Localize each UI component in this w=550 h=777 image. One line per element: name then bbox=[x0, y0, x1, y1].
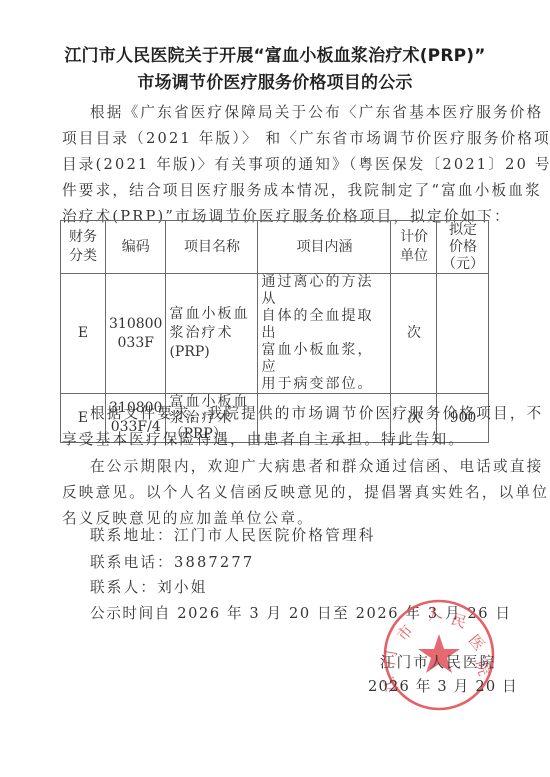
header-text: 拟定 bbox=[440, 222, 485, 239]
signature-org: 江门市人民医院 bbox=[380, 651, 496, 672]
notice-line: 在公示期限内，欢迎广大病患者和群众通过信函、电话或直接 bbox=[90, 455, 543, 476]
header-unit: 计价 单位 bbox=[391, 221, 437, 274]
intro-line: 项目目录（2021 年版）〉 和〈广东省市场调节价医疗服务价格项目 bbox=[62, 127, 550, 148]
intro-line: 根据《广东省医疗保障局关于公布〈广东省基本医疗服务价格 bbox=[90, 101, 543, 122]
signature-date: 2026 年 3 月 20 日 bbox=[368, 675, 518, 696]
cell-unit: 次 bbox=[391, 274, 437, 394]
header-text: 分类 bbox=[64, 247, 102, 266]
header-content: 项目内涵 bbox=[258, 221, 391, 274]
table-header-row: 财务 分类 编码 项目名称 项目内涵 计价 单位 拟定 价格 （元） bbox=[61, 221, 489, 274]
contact-person: 联系人：刘小姐 bbox=[90, 576, 208, 597]
cell-category: E bbox=[61, 274, 106, 394]
contact-address: 联系地址：江门市人民医院价格管理科 bbox=[90, 524, 376, 545]
header-text: 财务 bbox=[64, 228, 102, 247]
cell-content: 通过离心的方法从 自体的全血提取出 富血小板血浆，应 用于病变部位。 bbox=[258, 274, 391, 394]
svg-text:人: 人 bbox=[426, 604, 444, 624]
contact-phone: 联系电话：3887277 bbox=[90, 551, 254, 572]
intro-line: 目录(2021 年版)〉有关事项的通知》（粤医保发〔2021〕20 号）文 bbox=[62, 153, 550, 174]
intro-line: 件要求，结合项目医疗服务成本情况，我院制定了“富血小板血浆 bbox=[62, 179, 542, 200]
cell-text: 033F bbox=[109, 334, 162, 353]
table-row: E 310800 033F 富血小板血 浆治疗术 (PRP) 通过离心的方法从 … bbox=[61, 274, 489, 394]
cell-text: 310800 bbox=[109, 315, 162, 334]
cell-text: 通过离心的方法从 bbox=[261, 274, 387, 308]
title-line-1: 江门市人民医院关于开展“富血小板血浆治疗术(PRP)” bbox=[0, 41, 550, 66]
cell-text: 富血小板血 bbox=[169, 305, 254, 324]
svg-text:市: 市 bbox=[393, 621, 416, 644]
header-text: 单位 bbox=[394, 247, 433, 266]
header-category: 财务 分类 bbox=[61, 221, 106, 274]
cell-text: 自体的全血提取出 bbox=[261, 308, 387, 342]
cell-price bbox=[437, 274, 489, 394]
cell-text: 富血小板血浆，应 bbox=[261, 342, 387, 376]
header-name: 项目名称 bbox=[166, 221, 258, 274]
notice-line: 享受基本医疗保险待遇，由患者自主承担。特此告知。 bbox=[62, 428, 465, 449]
cell-name: 富血小板血 浆治疗术 (PRP) bbox=[166, 274, 258, 394]
cell-text: 浆治疗术 bbox=[169, 324, 254, 343]
cell-text: 用于病变部位。 bbox=[261, 376, 387, 393]
notice-line: 根据文件要求，我院提供的市场调节价医疗服务价格项目，不 bbox=[90, 402, 543, 423]
header-price: 拟定 价格 （元） bbox=[437, 221, 489, 274]
header-text: 计价 bbox=[394, 228, 433, 247]
notice-line: 反映意见。以个人名义信函反映意见的，提倡署真实姓名，以单位 bbox=[62, 481, 549, 502]
svg-text:民: 民 bbox=[449, 610, 469, 632]
header-code: 编码 bbox=[106, 221, 166, 274]
title-line-2: 市场调节价医疗服务价格项目的公示 bbox=[0, 68, 550, 93]
cell-text: (PRP) bbox=[169, 343, 254, 362]
header-text: 价格 bbox=[440, 239, 485, 256]
header-text: （元） bbox=[440, 256, 485, 273]
cell-code: 310800 033F bbox=[106, 274, 166, 394]
